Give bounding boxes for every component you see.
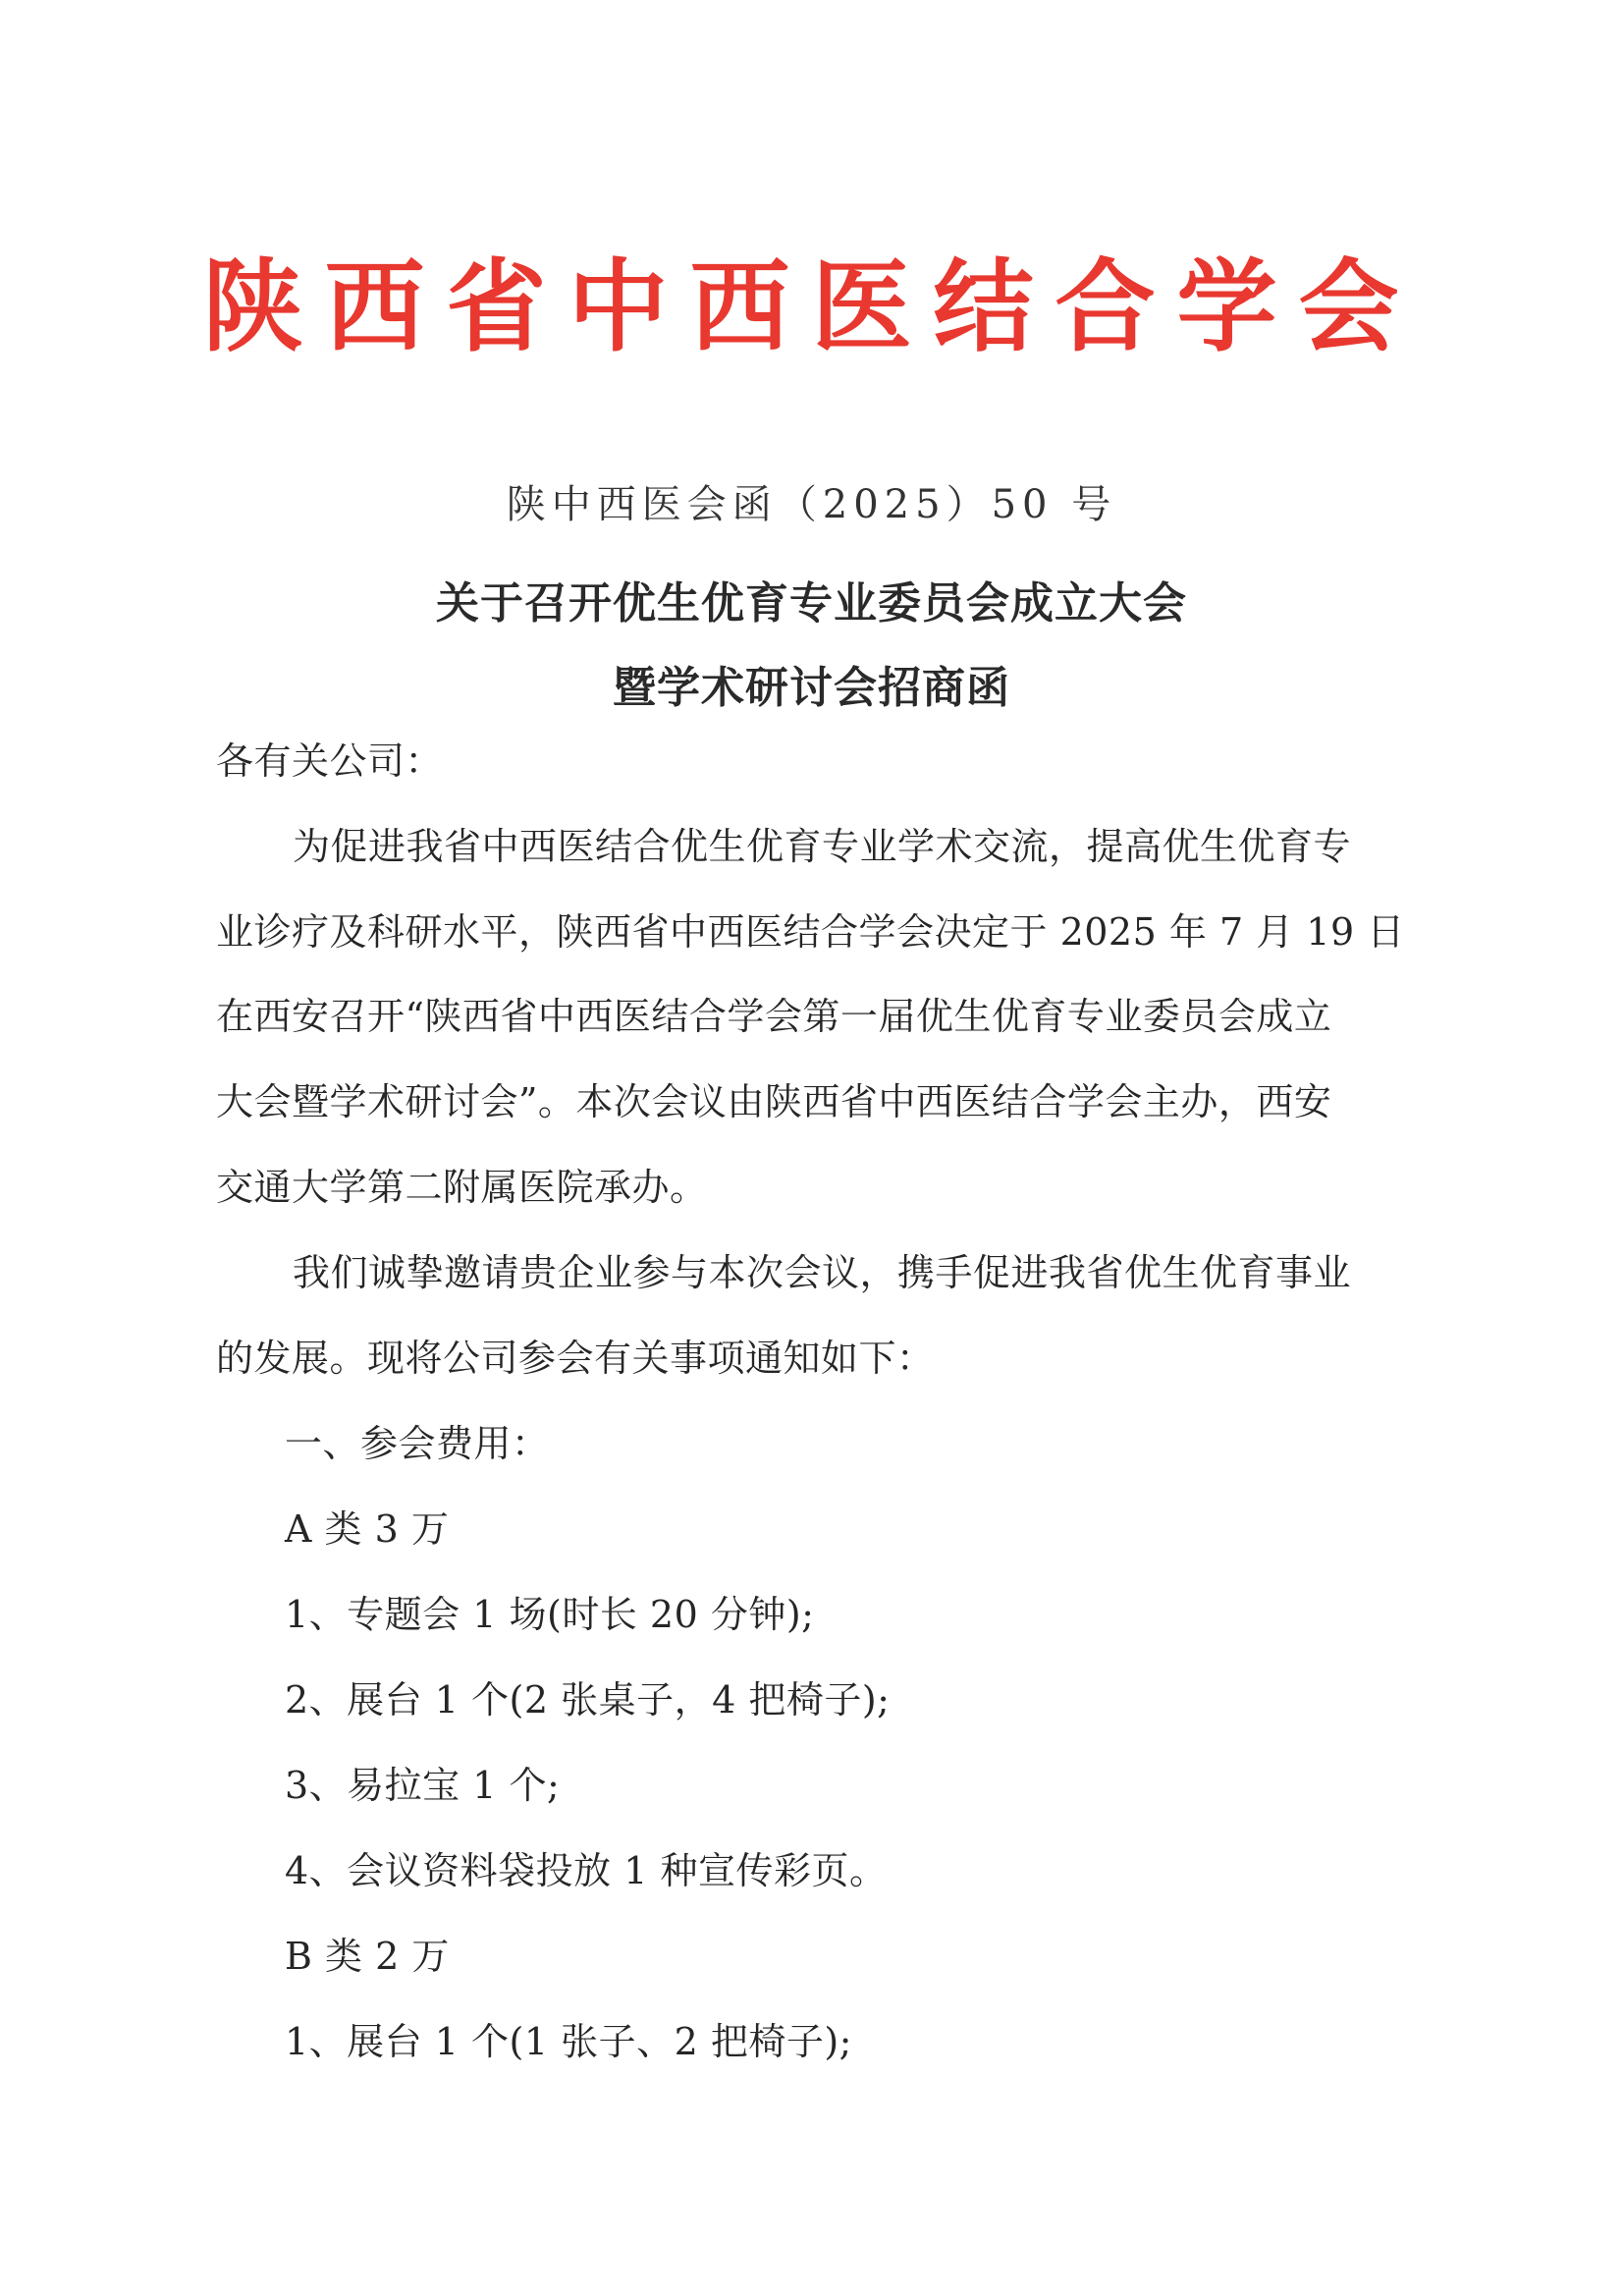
document-number: 陕中西医会函（2025）50 号 bbox=[0, 473, 1623, 529]
paragraph-1-line: 为促进我省中西医结合优生优育专业学术交流，提高优生优育专 bbox=[293, 828, 1351, 865]
tier-b-item: 1、展台 1 个(1 张子、2 把椅子); bbox=[285, 2023, 852, 2060]
tier-a-item: 1、专题会 1 场(时长 20 分钟); bbox=[285, 1596, 814, 1633]
paragraph-2-line: 我们诚挚邀请贵企业参与本次会议，携手促进我省优生优育事业 bbox=[293, 1254, 1351, 1291]
paragraph-2-line: 的发展。现将公司参会有关事项通知如下： bbox=[216, 1339, 935, 1377]
paragraph-1-line: 业诊疗及科研水平，陕西省中西医结合学会决定于 2025 年 7 月 19 日 bbox=[216, 913, 1405, 951]
tier-a-item: 3、易拉宝 1 个; bbox=[285, 1767, 560, 1804]
salutation: 各有关公司： bbox=[216, 742, 443, 780]
organization-letterhead: 陕西省中西医结合学会 bbox=[0, 257, 1623, 357]
tier-a-label: A 类 3 万 bbox=[285, 1510, 449, 1548]
document-title-line-2: 暨学术研讨会招商函 bbox=[0, 652, 1623, 715]
tier-a-item: 2、展台 1 个(2 张桌子，4 把椅子); bbox=[285, 1681, 890, 1719]
paragraph-1-line: 交通大学第二附属医院承办。 bbox=[216, 1169, 708, 1206]
tier-a-item: 4、会议资料袋投放 1 种宣传彩页。 bbox=[285, 1852, 888, 1889]
document-title-line-1: 关于召开优生优育专业委员会成立大会 bbox=[0, 568, 1623, 630]
section-heading-fees: 一、参会费用： bbox=[285, 1425, 550, 1462]
paragraph-1-line: 大会暨学术研讨会”。本次会议由陕西省中西医结合学会主办，西安 bbox=[216, 1083, 1331, 1121]
paragraph-1-line: 在西安召开“陕西省中西医结合学会第一届优生优育专业委员会成立 bbox=[216, 998, 1331, 1035]
tier-b-label: B 类 2 万 bbox=[285, 1938, 450, 1975]
